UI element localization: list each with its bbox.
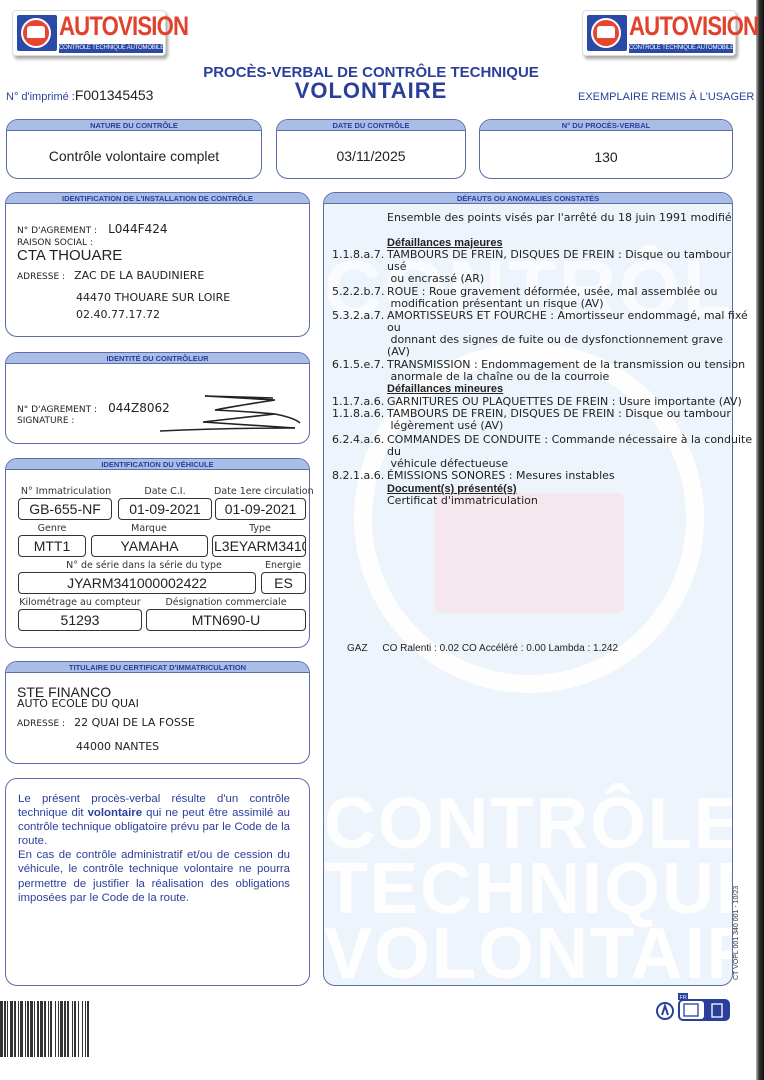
- defect-line: 8.2.1.a.6.ÉMISSIONS SONORES : Mesures in…: [332, 470, 615, 482]
- autovision-logo-right: AUTOVISION CONTROLE TECHNIQUE AUTOMOBILE: [582, 10, 736, 56]
- brand-name: AUTOVISION: [629, 11, 758, 42]
- notice-text-3: En cas de contrôle administratif et/ou d…: [18, 849, 290, 903]
- date-circ-label: Date 1ere circulation: [214, 486, 310, 497]
- defect-text: ÉMISSIONS SONORES : Mesures instables: [387, 469, 615, 482]
- titulaire-adresse: ADRESSE : 22 QUAI DE LA FOSSE: [17, 711, 195, 730]
- defect-code: 5.2.2.b.7.: [332, 286, 387, 298]
- date-ci-label: Date C.I.: [118, 486, 212, 497]
- adresse-line1: ZAC DE LA BAUDINIERE: [74, 269, 204, 282]
- defect-line: ou encrassé (AR): [387, 273, 484, 285]
- defect-code: 5.3.2.a.7.: [332, 310, 387, 322]
- adresse-label: ADRESSE :: [17, 272, 65, 282]
- controleur-agrement: N° D'AGREMENT : 044Z8062: [17, 397, 170, 416]
- type-value: L3EYARM34100: [212, 535, 306, 557]
- installation-adresse: ADRESSE : ZAC DE LA BAUDINIERE: [17, 264, 204, 283]
- imprime-label: N° d'imprimé :: [6, 91, 75, 103]
- adresse-line2: 44470 THOUARE SUR LOIRE: [76, 291, 230, 304]
- document-subtitle: VOLONTAIRE: [186, 78, 556, 104]
- nature-box: NATURE DU CONTRÔLE Contrôle volontaire c…: [6, 119, 262, 179]
- installation-phone: 02.40.77.17.72: [76, 308, 160, 321]
- agrement-value: L044F424: [108, 222, 167, 236]
- autovision-emblem-icon: [17, 15, 57, 51]
- defect-code: 6.2.4.a.6.: [332, 434, 387, 446]
- pv-number-box: N° DU PROCÈS-VERBAL 130: [479, 119, 733, 179]
- designation-value: MTN690-U: [146, 609, 306, 631]
- genre-label: Genre: [18, 523, 86, 534]
- date-value: 03/11/2025: [277, 148, 465, 164]
- gaz-values: CO Ralenti : 0.02 CO Accéléré : 0.00 Lam…: [382, 643, 618, 654]
- serie-value: JYARM341000002422: [18, 572, 256, 594]
- brand-name: AUTOVISION: [59, 11, 188, 42]
- km-value: 51293: [18, 609, 142, 631]
- defect-code: 1.1.8.a.7.: [332, 249, 387, 261]
- defect-text: légèrement usé (AV): [387, 419, 503, 432]
- nature-value: Contrôle volontaire complet: [7, 148, 261, 164]
- defect-code: 1.1.8.a.6.: [332, 408, 387, 420]
- genre-value: MTT1: [18, 535, 86, 557]
- defect-text: AMORTISSEURS ET FOURCHE : Amortisseur en…: [387, 309, 748, 322]
- brand-subtitle: CONTROLE TECHNIQUE AUTOMOBILE: [629, 44, 733, 53]
- documents-value: Certificat d'immatriculation: [387, 495, 538, 507]
- defect-text: TAMBOURS DE FREIN, DISQUES DE FREIN : Di…: [387, 248, 731, 261]
- agrement-label: N° D'AGREMENT :: [17, 226, 97, 236]
- energie-value: ES: [261, 572, 306, 594]
- imprime-value: F001345453: [75, 87, 154, 103]
- defect-text: COMMANDES DE CONDUITE : Commande nécessa…: [387, 433, 752, 446]
- immat-label: N° Immatriculation: [20, 486, 112, 497]
- notice-bold: volontaire: [88, 807, 142, 819]
- marque-label: Marque: [90, 523, 208, 534]
- watermark-line3: VOLONTAIRE: [324, 913, 732, 986]
- date-box: DATE DU CONTRÔLE 03/11/2025: [276, 119, 466, 179]
- gaz-label: GAZ: [347, 643, 368, 654]
- scan-edge: [756, 0, 764, 1080]
- gaz-readings: GAZ CO Ralenti : 0.02 CO Accéléré : 0.00…: [347, 643, 618, 655]
- autovision-emblem-icon: [587, 15, 627, 51]
- autovision-logo-left: AUTOVISION CONTROLE TECHNIQUE AUTOMOBILE: [12, 10, 166, 56]
- titulaire-name2: AUTO ECOLE DU QUAI: [17, 697, 139, 710]
- adresse-line2: 44000 NANTES: [76, 740, 159, 753]
- raison-value: CTA THOUARE: [17, 247, 122, 264]
- type-label: Type: [212, 523, 308, 534]
- defect-text: donnant des signes de fuite ou de dysfon…: [387, 333, 723, 346]
- defauts-intro: Ensemble des points visés par l'arrêté d…: [387, 212, 732, 224]
- defect-text: ou encrassé (AR): [387, 272, 484, 285]
- agrement-label: N° D'AGREMENT :: [17, 405, 97, 415]
- controleur-header: IDENTITÉ DU CONTRÔLEUR: [6, 353, 309, 364]
- serie-label: N° de série dans la série du type: [18, 560, 270, 571]
- installation-header: IDENTIFICATION DE L'INSTALLATION DE CONT…: [6, 193, 309, 204]
- defauts-header: DÉFAUTS OU ANOMALIES CONSTATÉS: [324, 193, 732, 204]
- defect-code: 6.1.5.e.7.: [332, 359, 387, 371]
- svg-text:FR: FR: [680, 995, 687, 1001]
- defect-code: 8.2.1.a.6.: [332, 470, 387, 482]
- nature-header: NATURE DU CONTRÔLE: [7, 120, 261, 131]
- adresse-label: ADRESSE :: [17, 719, 65, 729]
- defect-line: donnant des signes de fuite ou de dysfon…: [387, 334, 723, 346]
- mineures-title: Défaillances mineures: [387, 383, 503, 395]
- copy-note: EXEMPLAIRE REMIS À L'USAGER: [578, 91, 754, 103]
- form-reference: CT VOPL 001 340 001 - 10/23: [733, 886, 740, 980]
- installation-agrement: N° D'AGREMENT : L044F424: [17, 218, 168, 237]
- vehicule-header: IDENTIFICATION DU VÉHICULE: [6, 459, 309, 470]
- km-label: Kilométrage au compteur: [18, 597, 142, 608]
- designation-label: Désignation commerciale: [146, 597, 306, 608]
- recycle-icon: FR: [656, 993, 732, 1023]
- defect-text: (AV): [387, 345, 410, 358]
- defect-line: (AV): [387, 346, 410, 358]
- date-header: DATE DU CONTRÔLE: [277, 120, 465, 131]
- titulaire-header: TITULAIRE DU CERTIFICAT D'IMMATRICULATIO…: [6, 662, 309, 673]
- brand-subtitle: CONTROLE TECHNIQUE AUTOMOBILE: [59, 44, 163, 53]
- signature-icon: [155, 388, 305, 433]
- defect-text: anormale de la chaîne ou de la courroie: [387, 370, 609, 383]
- energie-label: Energie: [260, 560, 306, 571]
- date-ci-value: 01-09-2021: [118, 498, 212, 520]
- defect-line: anormale de la chaîne ou de la courroie: [387, 371, 609, 383]
- marque-value: YAMAHA: [91, 535, 208, 557]
- defect-line: légèrement usé (AV): [387, 420, 503, 432]
- signature-label: SIGNATURE :: [17, 416, 74, 426]
- date-circ-value: 01-09-2021: [215, 498, 306, 520]
- pv-number-value: 130: [480, 149, 732, 165]
- legal-notice: Le présent procès-verbal résulte d'un co…: [18, 792, 290, 905]
- adresse-line1: 22 QUAI DE LA FOSSE: [74, 716, 195, 729]
- immat-value: GB-655-NF: [18, 498, 112, 520]
- imprime-number: N° d'imprimé :F001345453: [6, 87, 153, 103]
- pv-number-header: N° DU PROCÈS-VERBAL: [480, 120, 732, 131]
- barcode: [0, 1001, 164, 1057]
- watermark-car-icon: [434, 493, 624, 613]
